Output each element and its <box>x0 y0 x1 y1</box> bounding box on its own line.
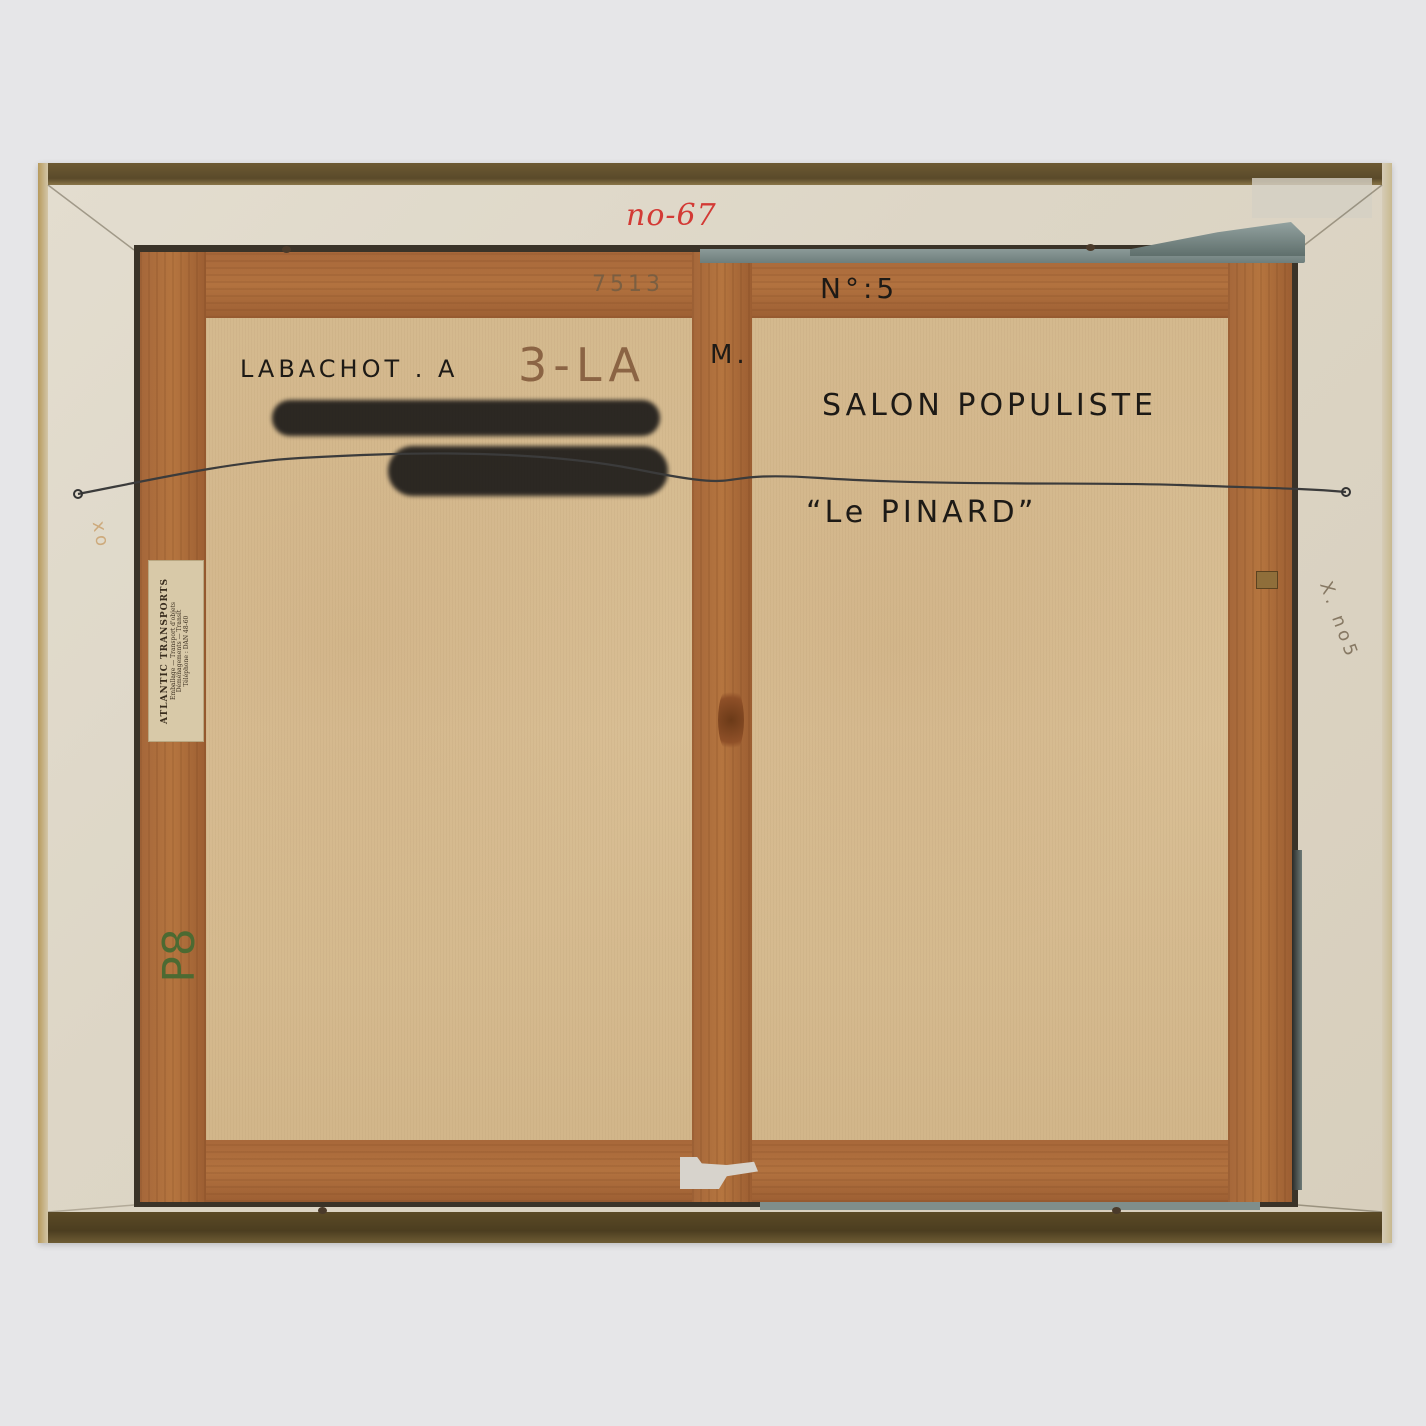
hanging-wire <box>0 0 1426 1426</box>
